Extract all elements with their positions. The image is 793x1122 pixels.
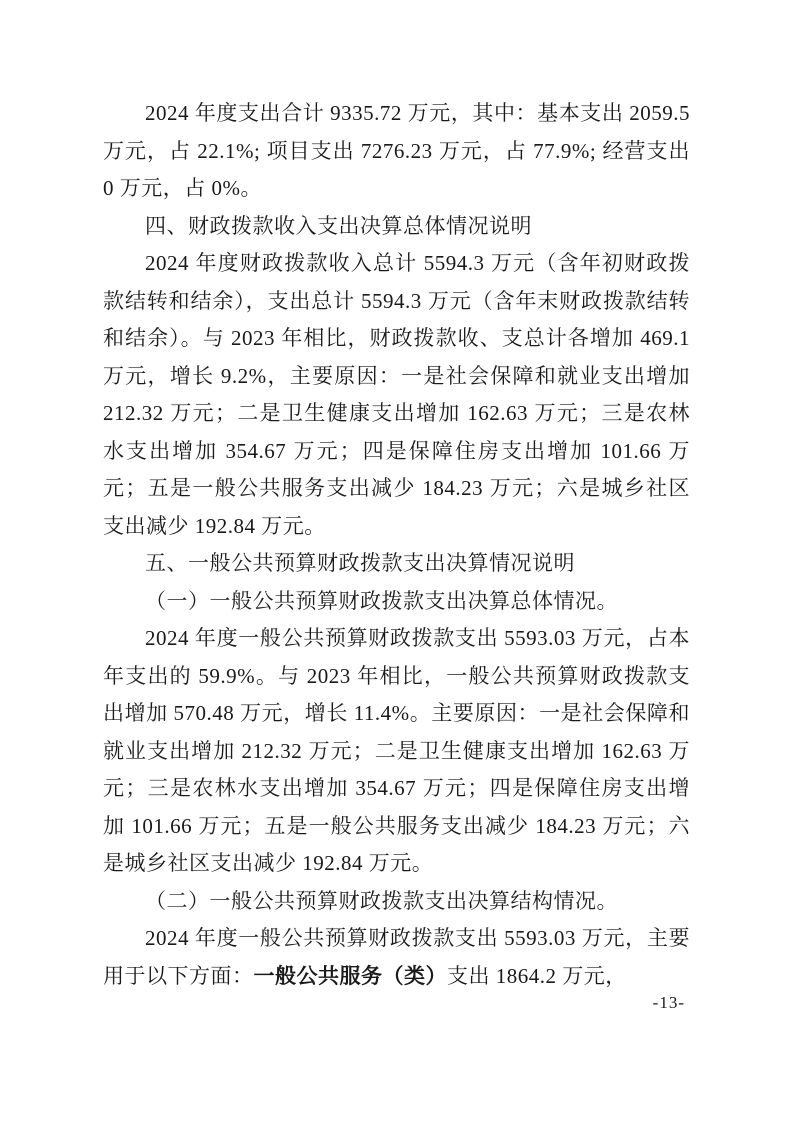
document-page: 2024 年度支出合计 9335.72 万元，其中：基本支出 2059.5 万元… [0, 0, 793, 1122]
structure-text-category: 一般公共服务（类） [254, 964, 448, 988]
structure-text-amount: 支出 1864.2 万元， [447, 964, 627, 988]
subheading-5-1: （一）一般公共预算财政拨款支出决算总体情况。 [103, 583, 690, 621]
paragraph-structure: 2024 年度一般公共预算财政拨款支出 5593.03 万元，主要用于以下方面：… [103, 920, 690, 995]
heading-section-5: 五、一般公共预算财政拨款支出决算情况说明 [103, 545, 690, 583]
document-body: 2024 年度支出合计 9335.72 万元，其中：基本支出 2059.5 万元… [103, 95, 690, 995]
paragraph-fiscal-allocation: 2024 年度财政拨款收入总计 5594.3 万元（含年初财政拨款结转和结余），… [103, 245, 690, 545]
page-number: -13- [653, 993, 685, 1013]
subheading-5-2: （二）一般公共预算财政拨款支出决算结构情况。 [103, 883, 690, 921]
heading-section-4: 四、财政拨款收入支出决算总体情况说明 [103, 208, 690, 246]
paragraph-general-budget-overview: 2024 年度一般公共预算财政拨款支出 5593.03 万元，占本年支出的 59… [103, 620, 690, 883]
paragraph-expenditure-total: 2024 年度支出合计 9335.72 万元，其中：基本支出 2059.5 万元… [103, 95, 690, 208]
